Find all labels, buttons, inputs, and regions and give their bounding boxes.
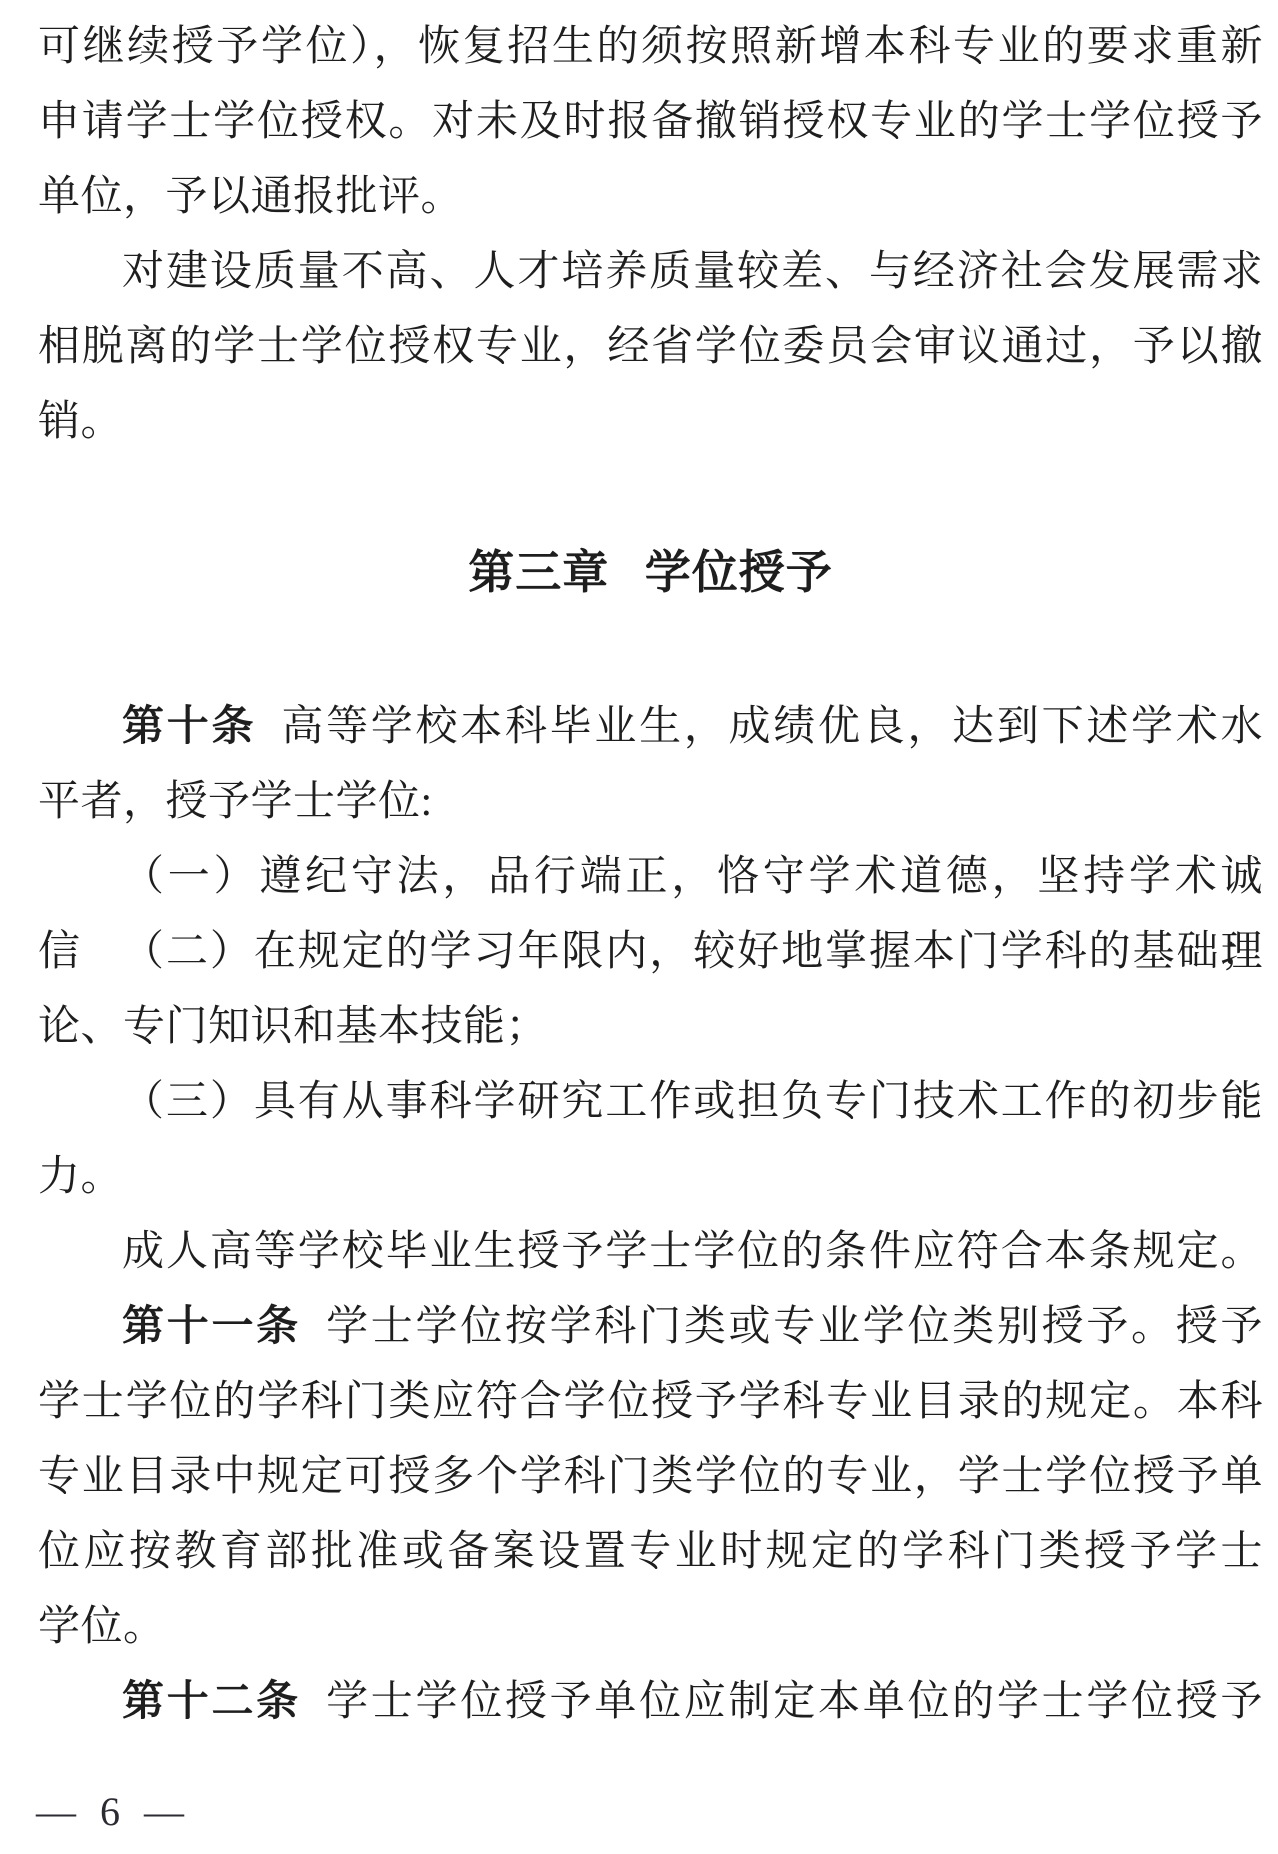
text-segment: 专业目录中规定可授多个学科门类学位的专业，学士学位授予单: [38, 1454, 1263, 1500]
chapter-heading: 第三章 学位授予: [38, 535, 1263, 610]
text-segment: 高等学校本科毕业生，成绩优良，达到下述学术水: [281, 704, 1263, 750]
text-segment: 力。: [38, 1154, 123, 1200]
text-line: 第十条高等学校本科毕业生，成绩优良，达到下述学术水: [38, 690, 1263, 765]
text-segment: 学位。: [38, 1604, 166, 1650]
text-segment: 成人高等学校毕业生授予学士学位的条件应符合本条规定。: [122, 1229, 1263, 1275]
page-number: — 6 —: [36, 1782, 191, 1842]
text-line: 第十一条学士学位按学科门类或专业学位类别授予。授予: [38, 1290, 1263, 1365]
text-line: （三）具有从事科学研究工作或担负专门技术工作的初步能: [38, 1065, 1263, 1140]
text-segment: 学士学位的学科门类应符合学位授予学科专业目录的规定。本科: [38, 1379, 1263, 1425]
text-segment: 平者，授予学士学位:: [38, 779, 433, 825]
text-line: 位应按教育部批准或备案设置专业时规定的学科门类授予学士: [38, 1515, 1263, 1590]
text-segment: 学士学位按学科门类或专业学位类别授予。授予: [326, 1304, 1263, 1350]
text-line: 学位。: [38, 1590, 1263, 1665]
text-line: 申请学士学位授权。对未及时报备撤销授权专业的学士学位授予: [38, 85, 1263, 160]
article-number: 第十一条: [122, 1304, 301, 1350]
text-segment: 论、专门知识和基本技能；: [38, 1004, 548, 1050]
text-line: 可继续授予学位），恢复招生的须按照新增本科专业的要求重新: [38, 10, 1263, 85]
text-line: 平者，授予学士学位:: [38, 765, 1263, 840]
text-segment: 销。: [38, 399, 123, 445]
text-segment: 单位，予以通报批评。: [38, 174, 463, 220]
article-number: 第十条: [122, 704, 256, 750]
text-line: 学士学位的学科门类应符合学位授予学科专业目录的规定。本科: [38, 1365, 1263, 1440]
text-line: 销。: [38, 385, 1263, 460]
text-column: 可继续授予学位），恢复招生的须按照新增本科专业的要求重新申请学士学位授权。对未及…: [38, 10, 1263, 1740]
text-line: 专业目录中规定可授多个学科门类学位的专业，学士学位授予单: [38, 1440, 1263, 1515]
document-page: 可继续授予学位），恢复招生的须按照新增本科专业的要求重新申请学士学位授权。对未及…: [0, 0, 1278, 1854]
text-line: 单位，予以通报批评。: [38, 160, 1263, 235]
text-segment: 学士学位授予单位应制定本单位的学士学位授予: [326, 1679, 1263, 1725]
text-line: （一）遵纪守法，品行端正，恪守学术道德，坚持学术诚信；: [38, 840, 1263, 915]
text-segment: 申请学士学位授权。对未及时报备撤销授权专业的学士学位授予: [38, 99, 1263, 145]
text-line: 对建设质量不高、人才培养质量较差、与经济社会发展需求: [38, 235, 1263, 310]
text-segment: 对建设质量不高、人才培养质量较差、与经济社会发展需求: [122, 249, 1263, 295]
paragraph-block-main: 第十条高等学校本科毕业生，成绩优良，达到下述学术水平者，授予学士学位:（一）遵纪…: [38, 690, 1263, 1740]
text-segment: 位应按教育部批准或备案设置专业时规定的学科门类授予学士: [38, 1529, 1263, 1575]
text-line: （二）在规定的学习年限内，较好地掌握本门学科的基础理: [38, 915, 1263, 990]
article-number: 第十二条: [122, 1679, 301, 1725]
text-segment: （三）具有从事科学研究工作或担负专门技术工作的初步能: [122, 1079, 1263, 1125]
text-line: 相脱离的学士学位授权专业，经省学位委员会审议通过，予以撤: [38, 310, 1263, 385]
text-line: 第十二条学士学位授予单位应制定本单位的学士学位授予: [38, 1665, 1263, 1740]
text-segment: 相脱离的学士学位授权专业，经省学位委员会审议通过，予以撤: [38, 324, 1263, 370]
text-segment: （二）在规定的学习年限内，较好地掌握本门学科的基础理: [122, 929, 1263, 975]
text-line: 论、专门知识和基本技能；: [38, 990, 1263, 1065]
text-segment: 可继续授予学位），恢复招生的须按照新增本科专业的要求重新: [38, 24, 1263, 70]
text-line: 力。: [38, 1140, 1263, 1215]
paragraph-block-intro: 可继续授予学位），恢复招生的须按照新增本科专业的要求重新申请学士学位授权。对未及…: [38, 10, 1263, 460]
text-line: 成人高等学校毕业生授予学士学位的条件应符合本条规定。: [38, 1215, 1263, 1290]
